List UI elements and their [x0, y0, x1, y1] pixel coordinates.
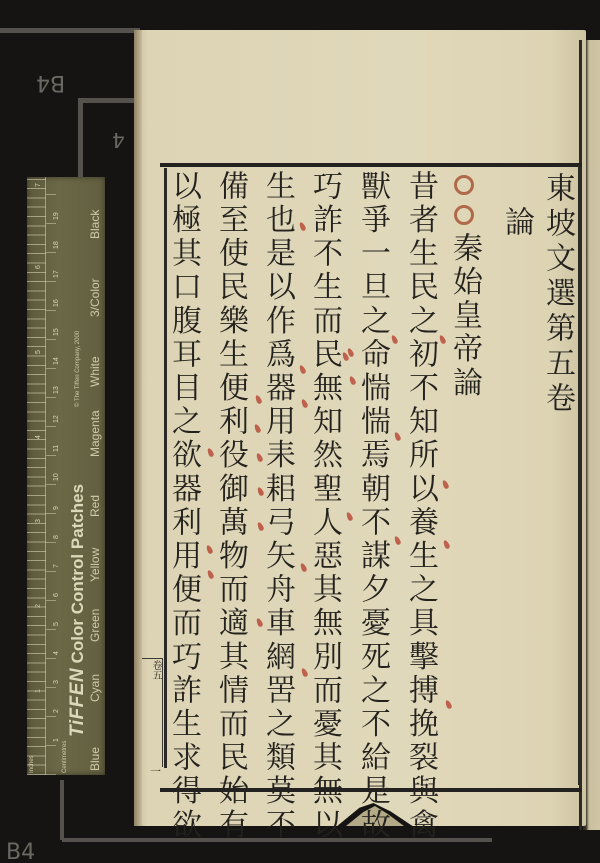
- patch-label-magenta: Magenta: [88, 410, 102, 457]
- ruler-inch-mark: 2: [35, 604, 42, 608]
- ruler-cm-mark: 18: [53, 241, 60, 249]
- ruler-cm-mark: 5: [53, 622, 60, 626]
- patch-label-green: Green: [88, 609, 102, 642]
- ruler-inch-mark: 6: [35, 265, 42, 269]
- scan-frame-top: [0, 28, 140, 33]
- ruler-cm-mark: 14: [53, 357, 60, 365]
- ruler-inch-mark: 1: [35, 689, 42, 693]
- ruler-cm-mark: 16: [53, 299, 60, 307]
- ruler-title: Color Control Patches: [68, 484, 87, 663]
- patch-label-yellow: Yellow: [88, 548, 102, 582]
- frame-label-b4-bottom: B4: [6, 840, 35, 863]
- ruler-cm-mark: 11: [53, 445, 60, 452]
- scan-frame-inner-left: [78, 98, 83, 178]
- ruler-units-centimetres: Centimetres: [62, 741, 68, 773]
- tiffen-color-control-bar: Inches Centimetres TiFFEN Color Control …: [27, 177, 105, 775]
- ruler-cm-mark: 13: [53, 386, 60, 394]
- volume-title-column: 東坡文選第五卷: [537, 172, 577, 417]
- ruler-cm-mark: 9: [53, 506, 60, 510]
- patch-label-red: Red: [88, 495, 102, 517]
- genre-heading: 論: [496, 206, 536, 240]
- patch-label-cyan: Cyan: [88, 674, 102, 702]
- ruler-inch-mark: 3: [35, 519, 42, 523]
- patch-label-3color: 3/Color: [88, 278, 102, 317]
- title-marker-circle-icon: [454, 205, 474, 225]
- ruler-brand-title: TiFFEN Color Control Patches: [67, 484, 89, 737]
- essay-title-column: 秦始皇帝論: [444, 172, 484, 400]
- tiffen-logo: TiFFEN: [67, 668, 88, 737]
- ruler-inch-mark: 4: [35, 435, 42, 439]
- ruler-cm-mark: 2: [53, 709, 60, 713]
- ruler-cm-mark: 19: [53, 212, 60, 220]
- text-column-4: 生也是以作爲器用耒耜弓矢舟車網罟之類莫不: [257, 170, 297, 842]
- ruler-cm-mark: 4: [53, 651, 60, 655]
- frame-label-b4-top: B4: [36, 70, 65, 95]
- ruler-cm-mark: 12: [53, 415, 60, 423]
- ruler-cm-mark: 7: [53, 564, 60, 568]
- margin-volume-label: 卷五: [145, 660, 161, 680]
- frame-label-4-inner: 4: [112, 128, 125, 152]
- page-left-edge: [134, 30, 142, 826]
- essay-title: 秦始皇帝論: [447, 232, 482, 400]
- patch-label-blue: Blue: [88, 747, 102, 771]
- ruler-cm-mark: 1: [53, 738, 60, 742]
- ruler-cm-mark: 15: [53, 328, 60, 336]
- ruler-cm-mark: 17: [53, 270, 60, 278]
- ruler-inch-mark: 5: [35, 350, 42, 354]
- text-column-3: 巧詐不生而民無知然聖人惡其無別而憂其無以: [304, 170, 344, 842]
- patch-label-black: Black: [88, 210, 102, 239]
- patch-label-white: White: [88, 356, 102, 387]
- ruler-inch-mark: 7: [35, 183, 42, 187]
- ruler-cm-mark: 10: [53, 473, 60, 481]
- text-column-5: 備至使民樂生便利役御萬物而適其情而民始有: [210, 170, 250, 842]
- ruler-copyright: © The Tiffen Company, 2000: [75, 331, 81, 407]
- text-column-1: 昔者生民之初不知所以養生之具擊搏挽裂與禽: [400, 170, 440, 842]
- title-marker-circle-icon: [454, 175, 474, 195]
- frame-right-rule: [578, 165, 580, 785]
- margin-page-number: 一: [150, 763, 161, 779]
- text-column-6: 以極其口腹耳目之欲器利用便而巧詐生求得欲: [163, 170, 203, 842]
- ruler-cm-mark: 3: [53, 680, 60, 684]
- text-column-2: 獸爭一旦之命惴惴焉朝不謀夕憂死之不給是故: [352, 170, 392, 842]
- ruler-cm-mark: 8: [53, 535, 60, 539]
- ruler-units-inches: Inches: [29, 755, 35, 773]
- scan-frame-inner-top: [78, 98, 138, 103]
- scan-frame-left-bottom: [60, 780, 64, 840]
- ruler-cm-mark: 6: [53, 593, 60, 597]
